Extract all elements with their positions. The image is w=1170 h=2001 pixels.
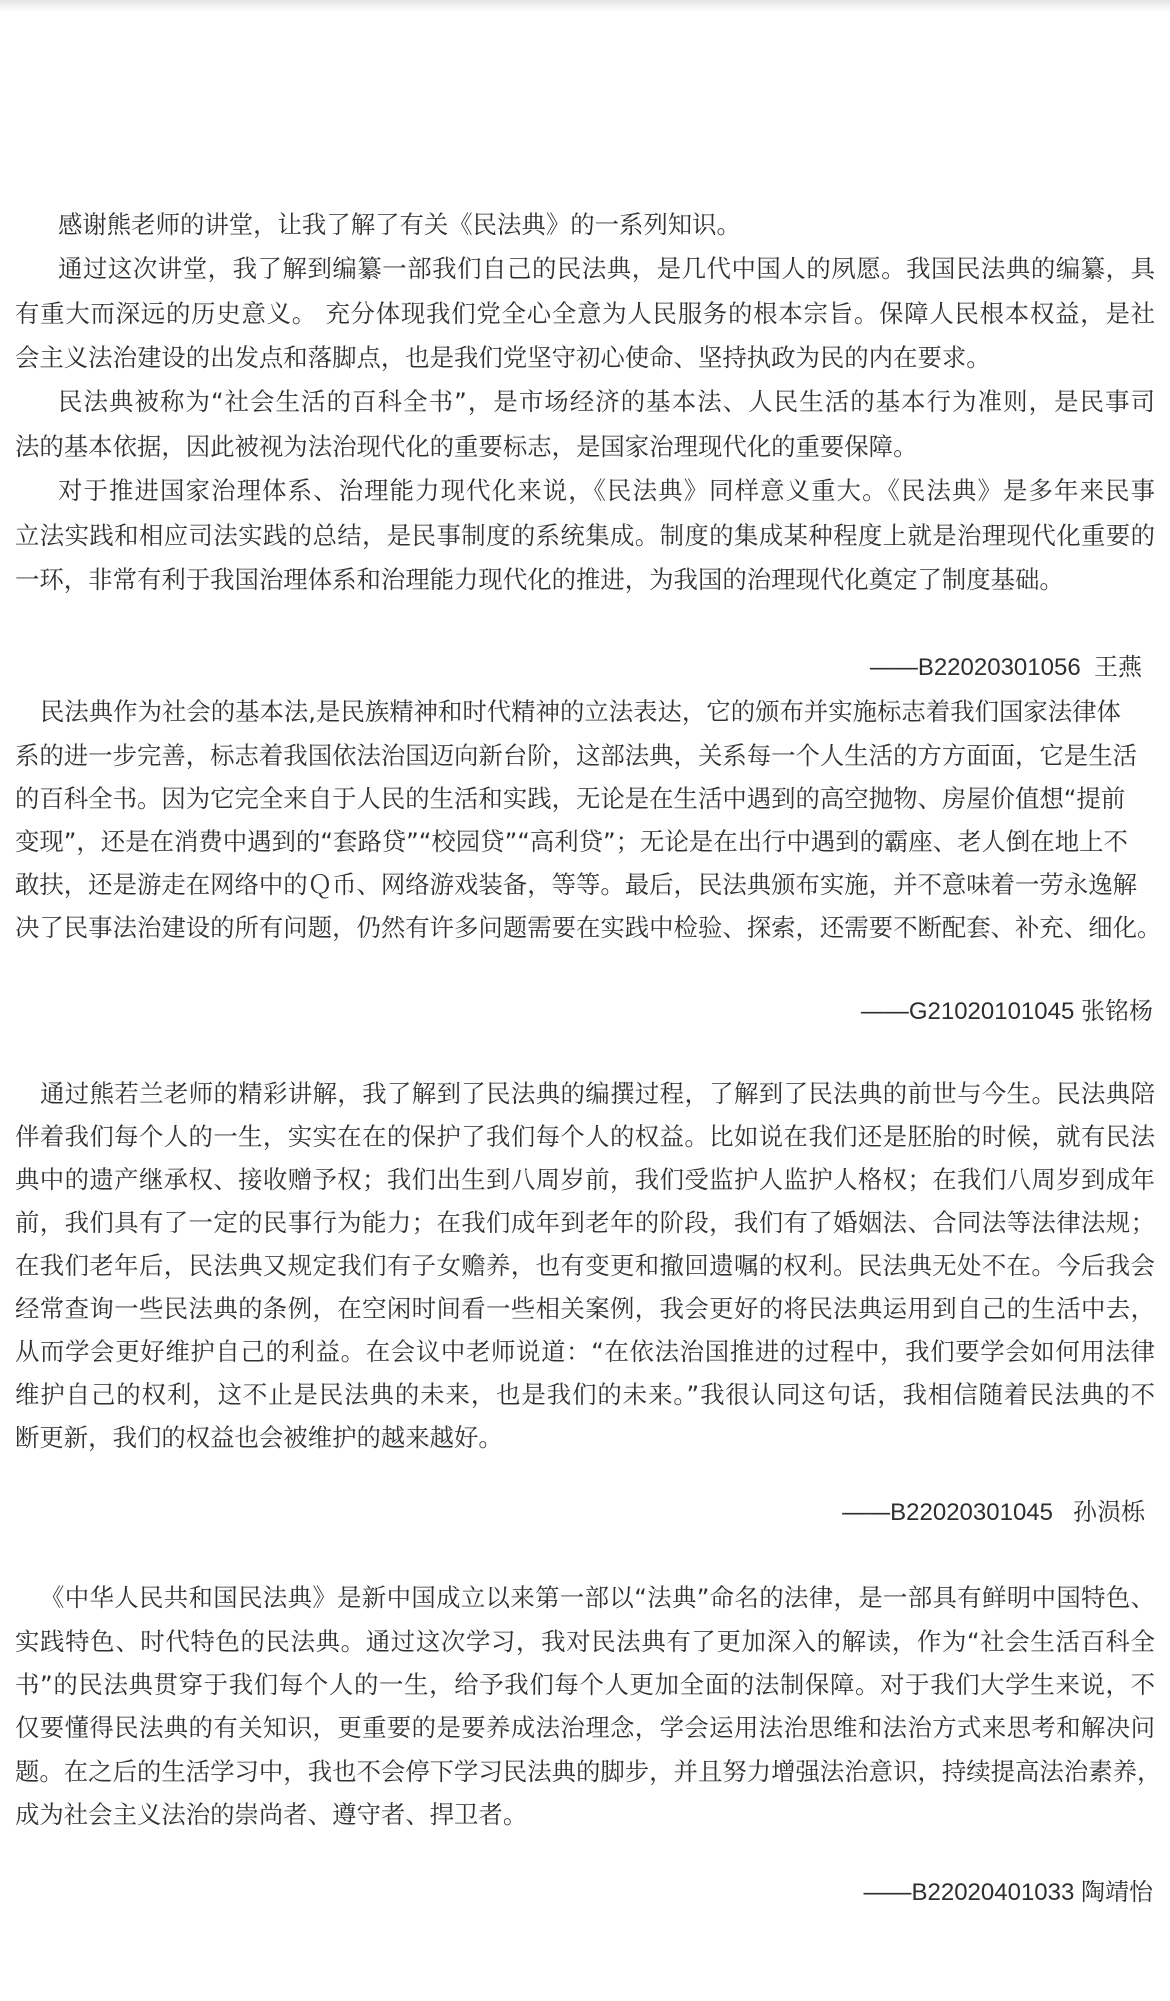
paragraph-line: 立法实践和相应司法实践的总结，是民事制度的系统集成。制度的集成某种程度上就是治理… <box>15 514 1155 558</box>
paragraph-line: 有重大而深远的历史意义。 充分体现我们党全心全意为人民服务的根本宗旨。保障人民根… <box>15 292 1155 336</box>
paragraph-line: 仅要懂得民法典的有关知识，更重要的是要养成法治理念，学会运用法治思维和法治方式来… <box>15 1706 1155 1749</box>
author-signature: ——B22020301056 王燕 <box>870 653 1142 683</box>
paragraph-line: 的百科全书。因为它完全来自于人民的生活和实践，无论是在生活中遇到的高空抛物、房屋… <box>15 777 1155 820</box>
entry-4-text: 《中华人民共和国民法典》是新中国成立以来第一部以“法典”命名的法律，是一部具有鲜… <box>15 1576 1155 1836</box>
author-signature: ——B22020301045 孙涢栎 <box>842 1498 1145 1528</box>
paragraph-line: 断更新，我们的权益也会被维护的越来越好。 <box>15 1416 1155 1459</box>
author-signature: ——G21020101045 张铭杨 <box>861 997 1153 1027</box>
paragraph-line: 成为社会主义法治的崇尚者、遵守者、捍卫者。 <box>15 1793 1155 1836</box>
paragraph-line: 题。在之后的生活学习中，我也不会停下学习民法典的脚步，并且努力增强法治意识，持续… <box>15 1750 1155 1793</box>
paragraph-line: 通过这次讲堂，我了解到编纂一部我们自己的民法典，是几代中国人的夙愿。我国民法典的… <box>15 247 1155 291</box>
paragraph-line: 系的进一步完善，标志着我国依法治国迈向新台阶，这部法典，关系每一个人生活的方方面… <box>15 734 1155 777</box>
paragraph-line: 前，我们具有了一定的民事行为能力；在我们成年到老年的阶段，我们有了婚姻法、合同法… <box>15 1201 1155 1244</box>
paragraph-line: 书”的民法典贯穿于我们每个人的一生，给予我们每个人更加全面的法制保障。对于我们大… <box>15 1663 1155 1706</box>
entry-1-text: 感谢熊老师的讲堂，让我了解了有关《民法典》的一系列知识。 通过这次讲堂，我了解到… <box>15 203 1155 603</box>
entry-2-text: 民法典作为社会的基本法,是民族精神和时代精神的立法表达，它的颁布并实施标志着我们… <box>15 690 1155 949</box>
paragraph-line: 实践特色、时代特色的民法典。通过这次学习，我对民法典有了更加深入的解读，作为“社… <box>15 1620 1155 1663</box>
paragraph-line: 从而学会更好维护自己的利益。在会议中老师说道：“在依法治国推进的过程中，我们要学… <box>15 1330 1155 1373</box>
paragraph-line: 民法典被称为“社会生活的百科全书”，是市场经济的基本法、人民生活的基本行为准则，… <box>15 380 1155 424</box>
paragraph-line: 决了民事法治建设的所有问题，仍然有许多问题需要在实践中检验、探索，还需要不断配套… <box>15 906 1155 949</box>
paragraph-line: 在我们老年后，民法典又规定我们有子女赡养，也有变更和撤回遗嘱的权利。民法典无处不… <box>15 1244 1155 1287</box>
paragraph-line: 会主义法治建设的出发点和落脚点，也是我们党坚守初心使命、坚持执政为民的内在要求。 <box>15 336 1155 380</box>
paragraph-line: 变现”，还是在消费中遇到的“套路贷”“校园贷”“高利贷”；无论是在出行中遇到的霸… <box>15 820 1155 863</box>
paragraph-line: 敢扶，还是游走在网络中的Ｑ币、网络游戏装备，等等。最后，民法典颁布实施，并不意味… <box>15 863 1155 906</box>
entry-3-text: 通过熊若兰老师的精彩讲解，我了解到了民法典的编撰过程，了解到了民法典的前世与今生… <box>15 1072 1155 1460</box>
top-edge-shadow <box>0 0 1170 12</box>
paragraph-line: 《中华人民共和国民法典》是新中国成立以来第一部以“法典”命名的法律，是一部具有鲜… <box>15 1576 1155 1619</box>
paragraph-line: 经常查询一些民法典的条例，在空闲时间看一些相关案例，我会更好的将民法典运用到自己… <box>15 1287 1155 1330</box>
paragraph-line: 一环，非常有利于我国治理体系和治理能力现代化的推进，为我国的治理现代化奠定了制度… <box>15 558 1155 602</box>
paragraph-line: 对于推进国家治理体系、治理能力现代化来说，《民法典》同样意义重大。《民法典》是多… <box>15 469 1155 513</box>
paragraph-line: 通过熊若兰老师的精彩讲解，我了解到了民法典的编撰过程，了解到了民法典的前世与今生… <box>15 1072 1155 1115</box>
author-signature: ——B22020401033 陶靖怡 <box>864 1878 1154 1908</box>
paragraph-line: 民法典作为社会的基本法,是民族精神和时代精神的立法表达，它的颁布并实施标志着我们… <box>15 690 1155 733</box>
paragraph-line: 感谢熊老师的讲堂，让我了解了有关《民法典》的一系列知识。 <box>15 203 1155 247</box>
paragraph-line: 维护自己的权利，这不止是民法典的未来，也是我们的未来。”我很认同这句话，我相信随… <box>15 1373 1155 1416</box>
paragraph-line: 典中的遗产继承权、接收赠予权；我们出生到八周岁前，我们受监护人监护人格权；在我们… <box>15 1158 1155 1201</box>
paragraph-line: 伴着我们每个人的一生，实实在在的保护了我们每个人的权益。比如说在我们还是胚胎的时… <box>15 1115 1155 1158</box>
paragraph-line: 法的基本依据，因此被视为法治现代化的重要标志，是国家治理现代化的重要保障。 <box>15 425 1155 469</box>
